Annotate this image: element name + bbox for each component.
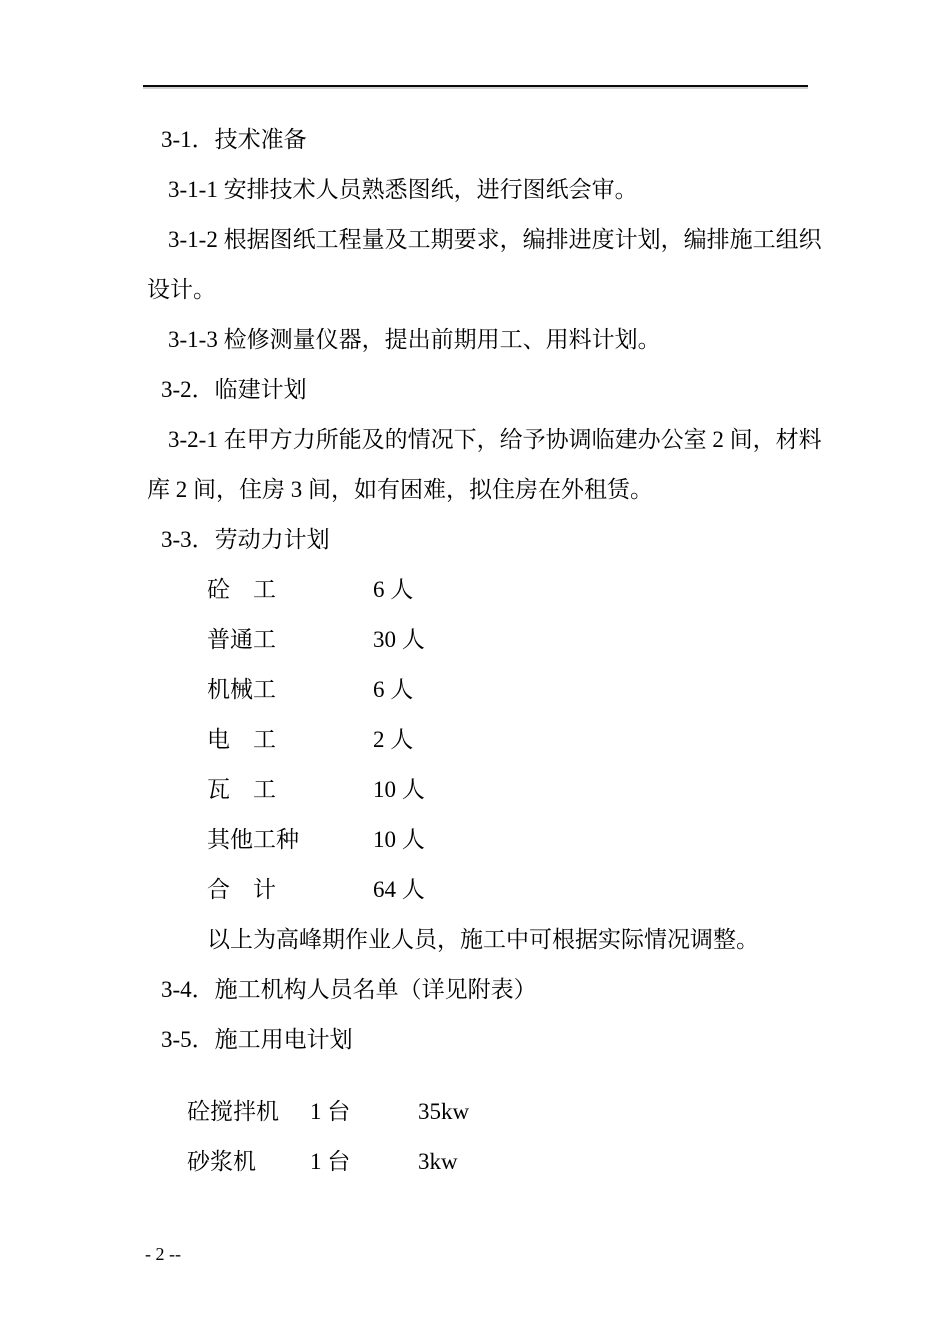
section-3-4-title: 3-4．施工机构人员名单（详见附表） <box>147 965 809 1015</box>
section-3-3-title: 3-3．劳动力计划 <box>147 515 809 565</box>
labor-row: 砼 工6 人 <box>147 565 809 615</box>
labor-row-label: 合 计 <box>207 865 373 915</box>
labor-row: 普通工30 人 <box>147 615 809 665</box>
section-3-5-title: 3-5．施工用电计划 <box>147 1015 809 1065</box>
equipment-row-qty: 1 台 <box>310 1137 418 1187</box>
document-page: 3-1．技术准备 3-1-1 安排技术人员熟悉图纸，进行图纸会审。 3-1-2 … <box>0 0 950 1344</box>
item-3-1-1: 3-1-1 安排技术人员熟悉图纸，进行图纸会审。 <box>147 165 809 215</box>
labor-row-value: 10 人 <box>373 827 425 852</box>
labor-row-label: 普通工 <box>207 615 373 665</box>
labor-row-value: 30 人 <box>373 627 425 652</box>
item-3-1-2-line2: 设计。 <box>147 265 809 315</box>
equipment-row-power: 35kw <box>418 1099 469 1124</box>
item-3-1-3: 3-1-3 检修测量仪器，提出前期用工、用料计划。 <box>147 315 809 365</box>
equipment-row: 砂浆机1 台3kw <box>147 1137 809 1187</box>
blank-line <box>147 1065 809 1087</box>
section-3-2-title: 3-2．临建计划 <box>147 365 809 415</box>
item-3-1-2-line1: 3-1-2 根据图纸工程量及工期要求，编排进度计划，编排施工组织 <box>147 215 809 265</box>
labor-row: 机械工6 人 <box>147 665 809 715</box>
labor-row-label: 电 工 <box>207 715 373 765</box>
labor-row-value: 6 人 <box>373 677 413 702</box>
equipment-row-power: 3kw <box>418 1149 458 1174</box>
labor-row-value: 6 人 <box>373 577 413 602</box>
item-3-2-1-line2: 库 2 间，住房 3 间，如有困难，拟住房在外租赁。 <box>147 465 809 515</box>
equipment-row-label: 砼搅拌机 <box>187 1087 310 1137</box>
labor-row: 其他工种10 人 <box>147 815 809 865</box>
document-content: 3-1．技术准备 3-1-1 安排技术人员熟悉图纸，进行图纸会审。 3-1-2 … <box>147 115 809 1187</box>
labor-row: 电 工2 人 <box>147 715 809 765</box>
equipment-row: 砼搅拌机1 台35kw <box>147 1087 809 1137</box>
labor-row-label: 机械工 <box>207 665 373 715</box>
labor-note: 以上为高峰期作业人员，施工中可根据实际情况调整。 <box>147 915 809 965</box>
equipment-row-qty: 1 台 <box>310 1087 418 1137</box>
section-3-1-title: 3-1．技术准备 <box>147 115 809 165</box>
labor-row-value: 10 人 <box>373 777 425 802</box>
labor-row-label: 瓦 工 <box>207 765 373 815</box>
equipment-row-label: 砂浆机 <box>187 1137 310 1187</box>
labor-row: 瓦 工10 人 <box>147 765 809 815</box>
labor-row: 合 计64 人 <box>147 865 809 915</box>
item-3-2-1-line1: 3-2-1 在甲方力所能及的情况下，给予协调临建办公室 2 间，材料 <box>147 415 809 465</box>
page-number: - 2 -- <box>145 1243 181 1265</box>
labor-row-label: 其他工种 <box>207 815 373 865</box>
labor-row-label: 砼 工 <box>207 565 373 615</box>
labor-row-value: 2 人 <box>373 727 413 752</box>
labor-row-value: 64 人 <box>373 877 425 902</box>
header-rule <box>143 85 808 87</box>
